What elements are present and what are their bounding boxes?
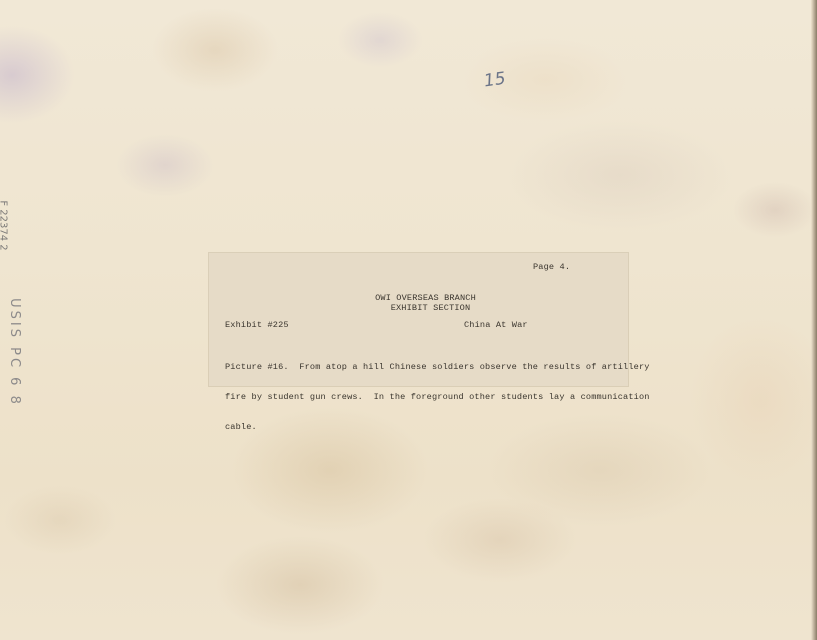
heading-section: EXHIBIT SECTION (209, 303, 628, 313)
heading-branch: OWI OVERSEAS BRANCH (209, 293, 628, 303)
caption-line: fire by student gun crews. In the foregr… (225, 392, 625, 402)
page-number: Page 4. (533, 262, 570, 272)
exhibit-number: Exhibit #225 (225, 320, 289, 330)
paper-edge (811, 0, 817, 640)
handwritten-margin-stamp: USIS PC 6 8 (7, 298, 22, 407)
caption-line: Picture #16. From atop a hill Chinese so… (225, 362, 625, 372)
handwritten-number: 15 (483, 69, 507, 92)
typed-caption-label: Page 4. OWI OVERSEAS BRANCH EXHIBIT SECT… (209, 253, 628, 386)
picture-caption: Picture #16. From atop a hill Chinese so… (225, 342, 625, 452)
label-heading: OWI OVERSEAS BRANCH EXHIBIT SECTION (209, 293, 628, 313)
handwritten-margin-code: F 22374 2 (0, 200, 9, 250)
caption-line: cable. (225, 422, 625, 432)
series-title: China At War (464, 320, 528, 330)
